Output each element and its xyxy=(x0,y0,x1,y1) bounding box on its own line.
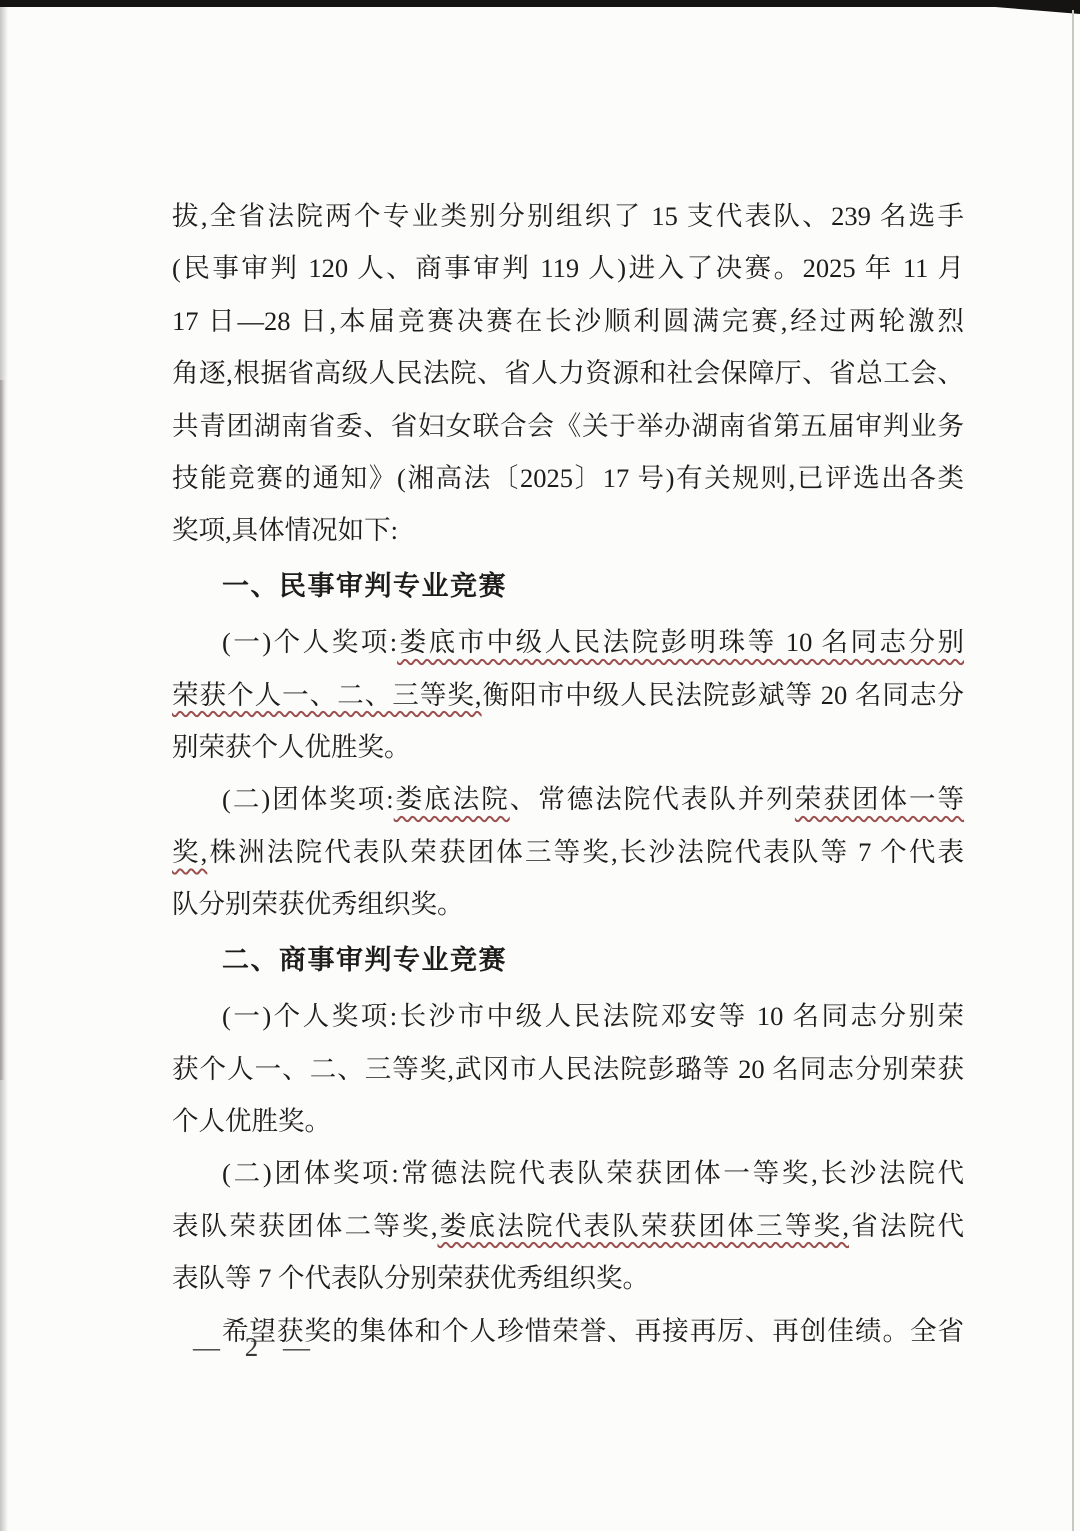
document-line: 奖,株洲法院代表队荣获团体三等奖,长沙法院代表队等 7 个代表 xyxy=(172,826,964,878)
document-line: 角逐,根据省高级人民法院、省人力资源和社会保障厅、省总工会、 xyxy=(172,347,964,399)
document-line: 荣获个人一、二、三等奖,衡阳市中级人民法院彭斌等 20 名同志分 xyxy=(172,669,964,721)
text-segment: 二、商事审判专业竞赛 xyxy=(222,945,507,975)
red-underlined-text: 荣获团体一等 xyxy=(795,784,964,814)
text-segment: (一)个人奖项: xyxy=(222,627,397,657)
text-segment: 技能竞赛的通知》(湘高法〔2025〕17 号)有关规则,已评选出各类 xyxy=(172,463,964,493)
text-segment: 角逐,根据省高级人民法院、省人力资源和社会保障厅、省总工会、 xyxy=(172,358,964,388)
document-line: (二)团体奖项:常德法院代表队荣获团体一等奖,长沙法院代 xyxy=(172,1147,964,1199)
document-line: 表队荣获团体二等奖,娄底法院代表队荣获团体三等奖,省法院代 xyxy=(172,1200,964,1252)
document-line: 表队等 7 个代表队分别荣获优秀组织奖。 xyxy=(172,1252,964,1304)
document-line: 别荣获个人优胜奖。 xyxy=(172,721,964,773)
document-line: 个人优胜奖。 xyxy=(172,1095,964,1147)
document-line: (一)个人奖项:娄底市中级人民法院彭明珠等 10 名同志分别 xyxy=(172,616,964,668)
text-segment: 个人优胜奖。 xyxy=(172,1106,331,1136)
scan-artifact-right-edge xyxy=(1072,10,1074,1531)
scan-artifact-left-shadow-dark xyxy=(0,380,5,1080)
text-segment: 17 日—28 日,本届竞赛决赛在长沙顺利圆满完赛,经过两轮激烈 xyxy=(172,306,964,336)
section-heading: 一、民事审判专业竞赛 xyxy=(172,560,964,612)
section-heading: 二、商事审判专业竞赛 xyxy=(172,934,964,986)
text-segment: (二)团体奖项:常德法院代表队荣获团体一等奖,长沙法院代 xyxy=(222,1158,964,1188)
document-body: 拔,全省法院两个专业类别分别组织了 15 支代表队、239 名选手(民事审判 1… xyxy=(172,190,964,1357)
red-underlined-text: 娄底法院 xyxy=(394,784,510,814)
red-underlined-text: 荣获个人一、二、三等奖, xyxy=(172,680,482,710)
document-line: 共青团湖南省委、省妇女联合会《关于举办湖南省第五届审判业务 xyxy=(172,400,964,452)
document-line: 奖项,具体情况如下: xyxy=(172,504,964,556)
text-segment: 、常德法院代表队并列 xyxy=(510,784,795,814)
text-segment: 一、民事审判专业竞赛 xyxy=(222,571,507,601)
red-underlined-text: 奖, xyxy=(172,837,207,867)
document-line: 技能竞赛的通知》(湘高法〔2025〕17 号)有关规则,已评选出各类 xyxy=(172,452,964,504)
text-segment: 表队荣获团体二等奖, xyxy=(172,1211,437,1241)
document-line: 获个人一、二、三等奖,武冈市人民法院彭璐等 20 名同志分别荣获 xyxy=(172,1043,964,1095)
document-line: (民事审判 120 人、商事审判 119 人)进入了决赛。2025 年 11 月 xyxy=(172,242,964,294)
text-segment: 省法院代 xyxy=(849,1211,964,1241)
text-segment: 衡阳市中级人民法院彭斌等 20 名同志分 xyxy=(482,680,964,710)
text-segment: 奖项,具体情况如下: xyxy=(172,515,398,545)
text-segment: 株洲法院代表队荣获团体三等奖,长沙法院代表队等 7 个代表 xyxy=(207,837,964,867)
document-line: (一)个人奖项:长沙市中级人民法院邓安等 10 名同志分别荣 xyxy=(172,990,964,1042)
text-segment: (二)团体奖项: xyxy=(222,784,394,814)
text-segment: 拔,全省法院两个专业类别分别组织了 15 支代表队、239 名选手 xyxy=(172,201,964,231)
document-line: 17 日—28 日,本届竞赛决赛在长沙顺利圆满完赛,经过两轮激烈 xyxy=(172,295,964,347)
page-number: — 2 — xyxy=(193,1332,319,1363)
scan-artifact-top-edge xyxy=(0,0,1080,7)
scan-artifact-top-right-corner xyxy=(930,0,1080,14)
document-line: 队分别荣获优秀组织奖。 xyxy=(172,878,964,930)
document-line: 拔,全省法院两个专业类别分别组织了 15 支代表队、239 名选手 xyxy=(172,190,964,242)
scanned-document-page: 拔,全省法院两个专业类别分别组织了 15 支代表队、239 名选手(民事审判 1… xyxy=(0,0,1080,1531)
text-segment: 别荣获个人优胜奖。 xyxy=(172,732,411,762)
document-line: (二)团体奖项:娄底法院、常德法院代表队并列荣获团体一等 xyxy=(172,773,964,825)
text-segment: 获个人一、二、三等奖,武冈市人民法院彭璐等 20 名同志分别荣获 xyxy=(172,1054,964,1084)
text-segment: 希望获奖的集体和个人珍惜荣誉、再接再厉、再创佳绩。全省 xyxy=(222,1316,964,1346)
red-underlined-text: 娄底市中级人民法院彭明珠等 10 名同志分别 xyxy=(397,627,964,657)
text-segment: (民事审判 120 人、商事审判 119 人)进入了决赛。2025 年 11 月 xyxy=(172,253,964,283)
text-segment: (一)个人奖项:长沙市中级人民法院邓安等 10 名同志分别荣 xyxy=(222,1001,964,1031)
text-segment: 表队等 7 个代表队分别荣获优秀组织奖。 xyxy=(172,1263,649,1293)
text-segment: 队分别荣获优秀组织奖。 xyxy=(172,889,464,919)
red-underlined-text: 娄底法院代表队荣获团体三等奖, xyxy=(437,1211,849,1241)
text-segment: 共青团湖南省委、省妇女联合会《关于举办湖南省第五届审判业务 xyxy=(172,411,964,441)
